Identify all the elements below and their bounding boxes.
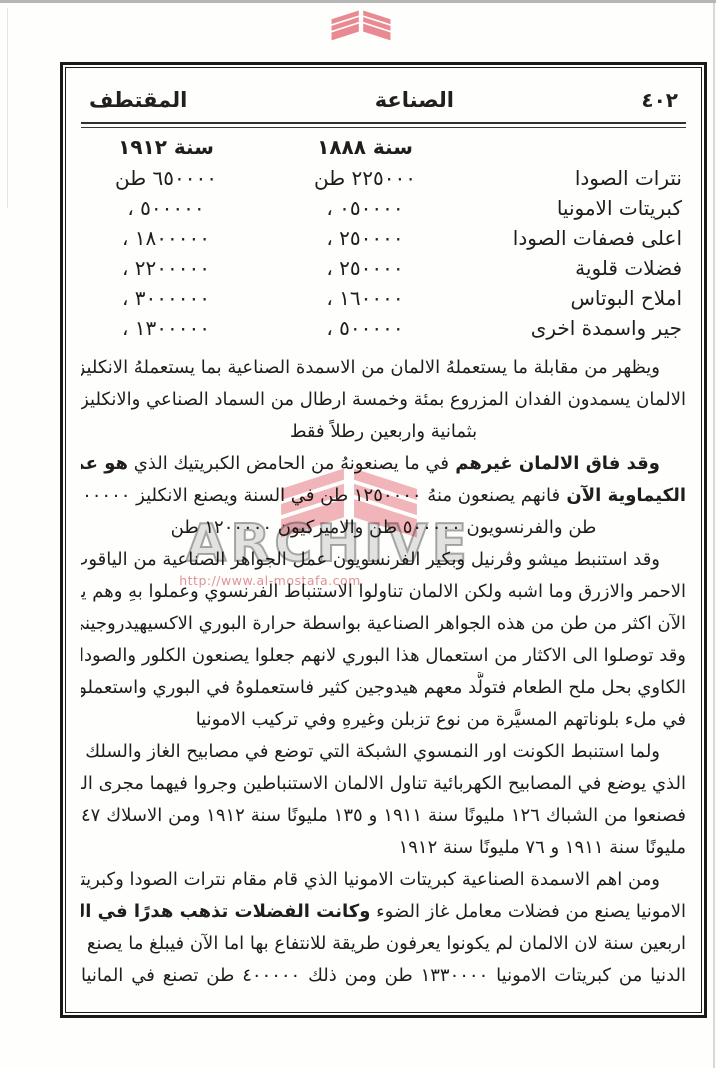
section-title: الصناعة <box>375 88 454 112</box>
row-label: اعلى فصفات الصودا <box>474 223 686 253</box>
body-text: في ملء بلوناتهم المسيَّرة من نوع تزبلن و… <box>196 709 686 730</box>
scanned-page: ٤٠٢ الصناعة المقتطف سنة ١٨٨٨ سنة ١٩١٢ نت… <box>0 0 716 1068</box>
paragraph: وقد فاق الالمان غيرهم في ما يصنعونهُ من … <box>81 448 686 544</box>
page-border-frame: ٤٠٢ الصناعة المقتطف سنة ١٨٨٨ سنة ١٩١٢ نت… <box>60 62 707 1018</box>
table-row: فضلات قلوية٢٥٠٠٠٠ ،٢٢٠٠٠٠٠ ، <box>81 253 686 283</box>
emphasized-text: وقد فاق الالمان غيرهم <box>449 453 660 474</box>
emphasized-text: وكانت الفضلات تذهب هدرًا في المانيا منذ <box>81 901 370 922</box>
paragraph: وقد استنبط ميشو وڤرنيل وبكير الفرنسويون … <box>81 544 686 640</box>
value-1888: ٥٠٠٠٠٠ ، <box>256 313 474 343</box>
text-line: الالمان يسمدون الفدان المزروع بمئة وخمسة… <box>81 384 686 416</box>
table-row: كبريتات الامونيا٠٥٠٠٠٠ ،٥٠٠٠٠٠ ، <box>81 193 686 223</box>
text-line: وقد استنبط ميشو وڤرنيل وبكير الفرنسويون … <box>81 544 686 576</box>
body-text: الالمان يسمدون الفدان المزروع بمئة وخمسة… <box>81 389 686 410</box>
value-1912: ٦٥٠٠٠٠ طن <box>76 163 256 193</box>
text-line: ومن اهم الاسمدة الصناعية كبريتات الاموني… <box>81 864 686 896</box>
table-row: املاح البوتاس١٦٠٠٠٠ ،٣٠٠٠٠٠٠ ، <box>81 283 686 313</box>
value-1912: ٢٢٠٠٠٠٠ ، <box>76 253 256 283</box>
text-line: الكاوي بحل ملح الطعام فتولَّد معهم هيدوج… <box>81 672 686 704</box>
body-text: مليونًا سنة ١٩١١ و ٧٦ مليونًا سنة ١٩١٢ <box>399 837 686 858</box>
table-body: نترات الصودا٢٢٥٠٠٠ طن٦٥٠٠٠٠ طنكبريتات ال… <box>81 163 686 343</box>
paragraph: وقد توصلوا الى الاكثار من استعمال هذا ال… <box>81 640 686 736</box>
scan-edge-left <box>7 8 8 208</box>
value-1912: ١٣٠٠٠٠٠ ، <box>76 313 256 343</box>
body-text: وقد توصلوا الى الاكثار من استعمال هذا ال… <box>81 645 686 666</box>
row-label: جير واسمدة اخرى <box>474 313 686 343</box>
row-label: املاح البوتاس <box>474 283 686 313</box>
row-label: كبريتات الامونيا <box>474 193 686 223</box>
page-number: ٤٠٢ <box>641 88 678 112</box>
body-text: الاحمر والازرق وما اشبه ولكن الالمان تنا… <box>81 581 686 602</box>
body-text: اربعين سنة لان الالمان لم يكونوا يعرفون … <box>81 933 686 954</box>
value-1888: ٢٥٠٠٠٠ ، <box>256 253 474 283</box>
text-line: بثمانية واربعين رطلاً فقط <box>81 416 686 448</box>
table-row: نترات الصودا٢٢٥٠٠٠ طن٦٥٠٠٠٠ طن <box>81 163 686 193</box>
paragraph: ومن اهم الاسمدة الصناعية كبريتات الاموني… <box>81 864 686 992</box>
paragraph: ولما استنبط الكونت اور النمسوي الشبكة ال… <box>81 736 686 864</box>
text-line: فصنعوا من الشباك ١٢٦ مليونًا سنة ١٩١١ و … <box>81 800 686 832</box>
body-text: في ما يصنعونهُ من الحامض الكبريتيك الذي <box>128 453 449 474</box>
text-line: الدنيا من كبريتات الامونيا ١٣٣٠٠٠٠ طن وم… <box>81 960 686 992</box>
body-text: فصنعوا من الشباك ١٢٦ مليونًا سنة ١٩١١ و … <box>81 805 686 826</box>
scan-edge-right <box>713 3 715 1068</box>
body-text: وقد استنبط ميشو وڤرنيل وبكير الفرنسويون … <box>81 549 660 570</box>
table-row: جير واسمدة اخرى٥٠٠٠٠٠ ،١٣٠٠٠٠٠ ، <box>81 313 686 343</box>
body-text: الكاوي بحل ملح الطعام فتولَّد معهم هيدوج… <box>81 677 686 698</box>
row-label: نترات الصودا <box>474 163 686 193</box>
text-line: في ملء بلوناتهم المسيَّرة من نوع تزبلن و… <box>81 704 686 736</box>
body-text: الذي يوضع في المصابيح الكهربائية تناول ا… <box>81 773 686 794</box>
table-year-header-row: سنة ١٨٨٨ سنة ١٩١٢ <box>81 132 686 163</box>
table-year-1888: سنة ١٨٨٨ <box>256 132 474 162</box>
article-body: ويظهر من مقابلة ما يستعملهُ الالمان من ا… <box>81 352 686 992</box>
value-1912: ٣٠٠٠٠٠٠ ، <box>76 283 256 313</box>
body-text: الدنيا من كبريتات الامونيا ١٣٣٠٠٠٠ طن وم… <box>81 965 686 986</box>
archive-book-logo-top <box>328 5 394 45</box>
table-row: اعلى فصفات الصودا٢٥٠٠٠٠ ،١٨٠٠٠٠٠ ، <box>81 223 686 253</box>
text-line: مليونًا سنة ١٩١١ و ٧٦ مليونًا سنة ١٩١٢ <box>81 832 686 864</box>
text-line: الاحمر والازرق وما اشبه ولكن الالمان تنا… <box>81 576 686 608</box>
page-border-inner-line: ٤٠٢ الصناعة المقتطف سنة ١٨٨٨ سنة ١٩١٢ نت… <box>65 67 702 1013</box>
text-line: الذي يوضع في المصابيح الكهربائية تناول ا… <box>81 768 686 800</box>
text-line: اربعين سنة لان الالمان لم يكونوا يعرفون … <box>81 928 686 960</box>
text-line: الآن اكثر من طن من هذه الجواهر الصناعية … <box>81 608 686 640</box>
text-line: طن والفرنسويون ٥٠٠٠٠٠ طن والاميركيون ١٢٠… <box>81 512 686 544</box>
body-text: الآن اكثر من طن من هذه الجواهر الصناعية … <box>81 613 686 634</box>
production-table: سنة ١٨٨٨ سنة ١٩١٢ نترات الصودا٢٢٥٠٠٠ طن٦… <box>81 132 686 343</box>
page-header: ٤٠٢ الصناعة المقتطف <box>81 82 686 122</box>
body-text: الامونيا يصنع من فضلات معامل غاز الضوء <box>370 901 686 922</box>
text-line: وقد فاق الالمان غيرهم في ما يصنعونهُ من … <box>81 448 686 480</box>
value-1912: ٥٠٠٠٠٠ ، <box>76 193 256 223</box>
text-line: الامونيا يصنع من فضلات معامل غاز الضوء و… <box>81 896 686 928</box>
value-1888: ٢٥٠٠٠٠ ، <box>256 223 474 253</box>
value-1888: ٢٢٥٠٠٠ طن <box>256 163 474 193</box>
text-line: وقد توصلوا الى الاكثار من استعمال هذا ال… <box>81 640 686 672</box>
magazine-title: المقتطف <box>89 88 187 112</box>
emphasized-text: الكيماوية الآن <box>560 485 686 506</box>
body-text: ويظهر من مقابلة ما يستعملهُ الالمان من ا… <box>81 357 660 378</box>
value-1888: ١٦٠٠٠٠ ، <box>256 283 474 313</box>
body-text: طن والفرنسويون ٥٠٠٠٠٠ طن والاميركيون ١٢٠… <box>171 517 597 538</box>
body-text: ولما استنبط الكونت اور النمسوي الشبكة ال… <box>81 741 660 762</box>
scan-edge-top <box>0 0 716 3</box>
paragraph: ويظهر من مقابلة ما يستعملهُ الالمان من ا… <box>81 352 686 448</box>
text-line: الكيماوية الآن فانهم يصنعون منهُ ١٢٥٠٠٠٠… <box>81 480 686 512</box>
row-label: فضلات قلوية <box>474 253 686 283</box>
body-text: ومن اهم الاسمدة الصناعية كبريتات الاموني… <box>81 869 660 890</box>
table-year-1912: سنة ١٩١٢ <box>76 132 256 162</box>
header-divider-rule <box>81 122 686 128</box>
emphasized-text: هو عماد الصناعة <box>81 453 128 474</box>
body-text: بثمانية واربعين رطلاً فقط <box>290 421 477 442</box>
page-content: ٤٠٢ الصناعة المقتطف سنة ١٨٨٨ سنة ١٩١٢ نت… <box>66 68 701 1012</box>
value-1912: ١٨٠٠٠٠٠ ، <box>76 223 256 253</box>
text-line: ويظهر من مقابلة ما يستعملهُ الالمان من ا… <box>81 352 686 384</box>
body-text: فانهم يصنعون منهُ ١٢٥٠٠٠٠ طن في السنة وي… <box>81 485 560 506</box>
text-line: ولما استنبط الكونت اور النمسوي الشبكة ال… <box>81 736 686 768</box>
value-1888: ٠٥٠٠٠٠ ، <box>256 193 474 223</box>
